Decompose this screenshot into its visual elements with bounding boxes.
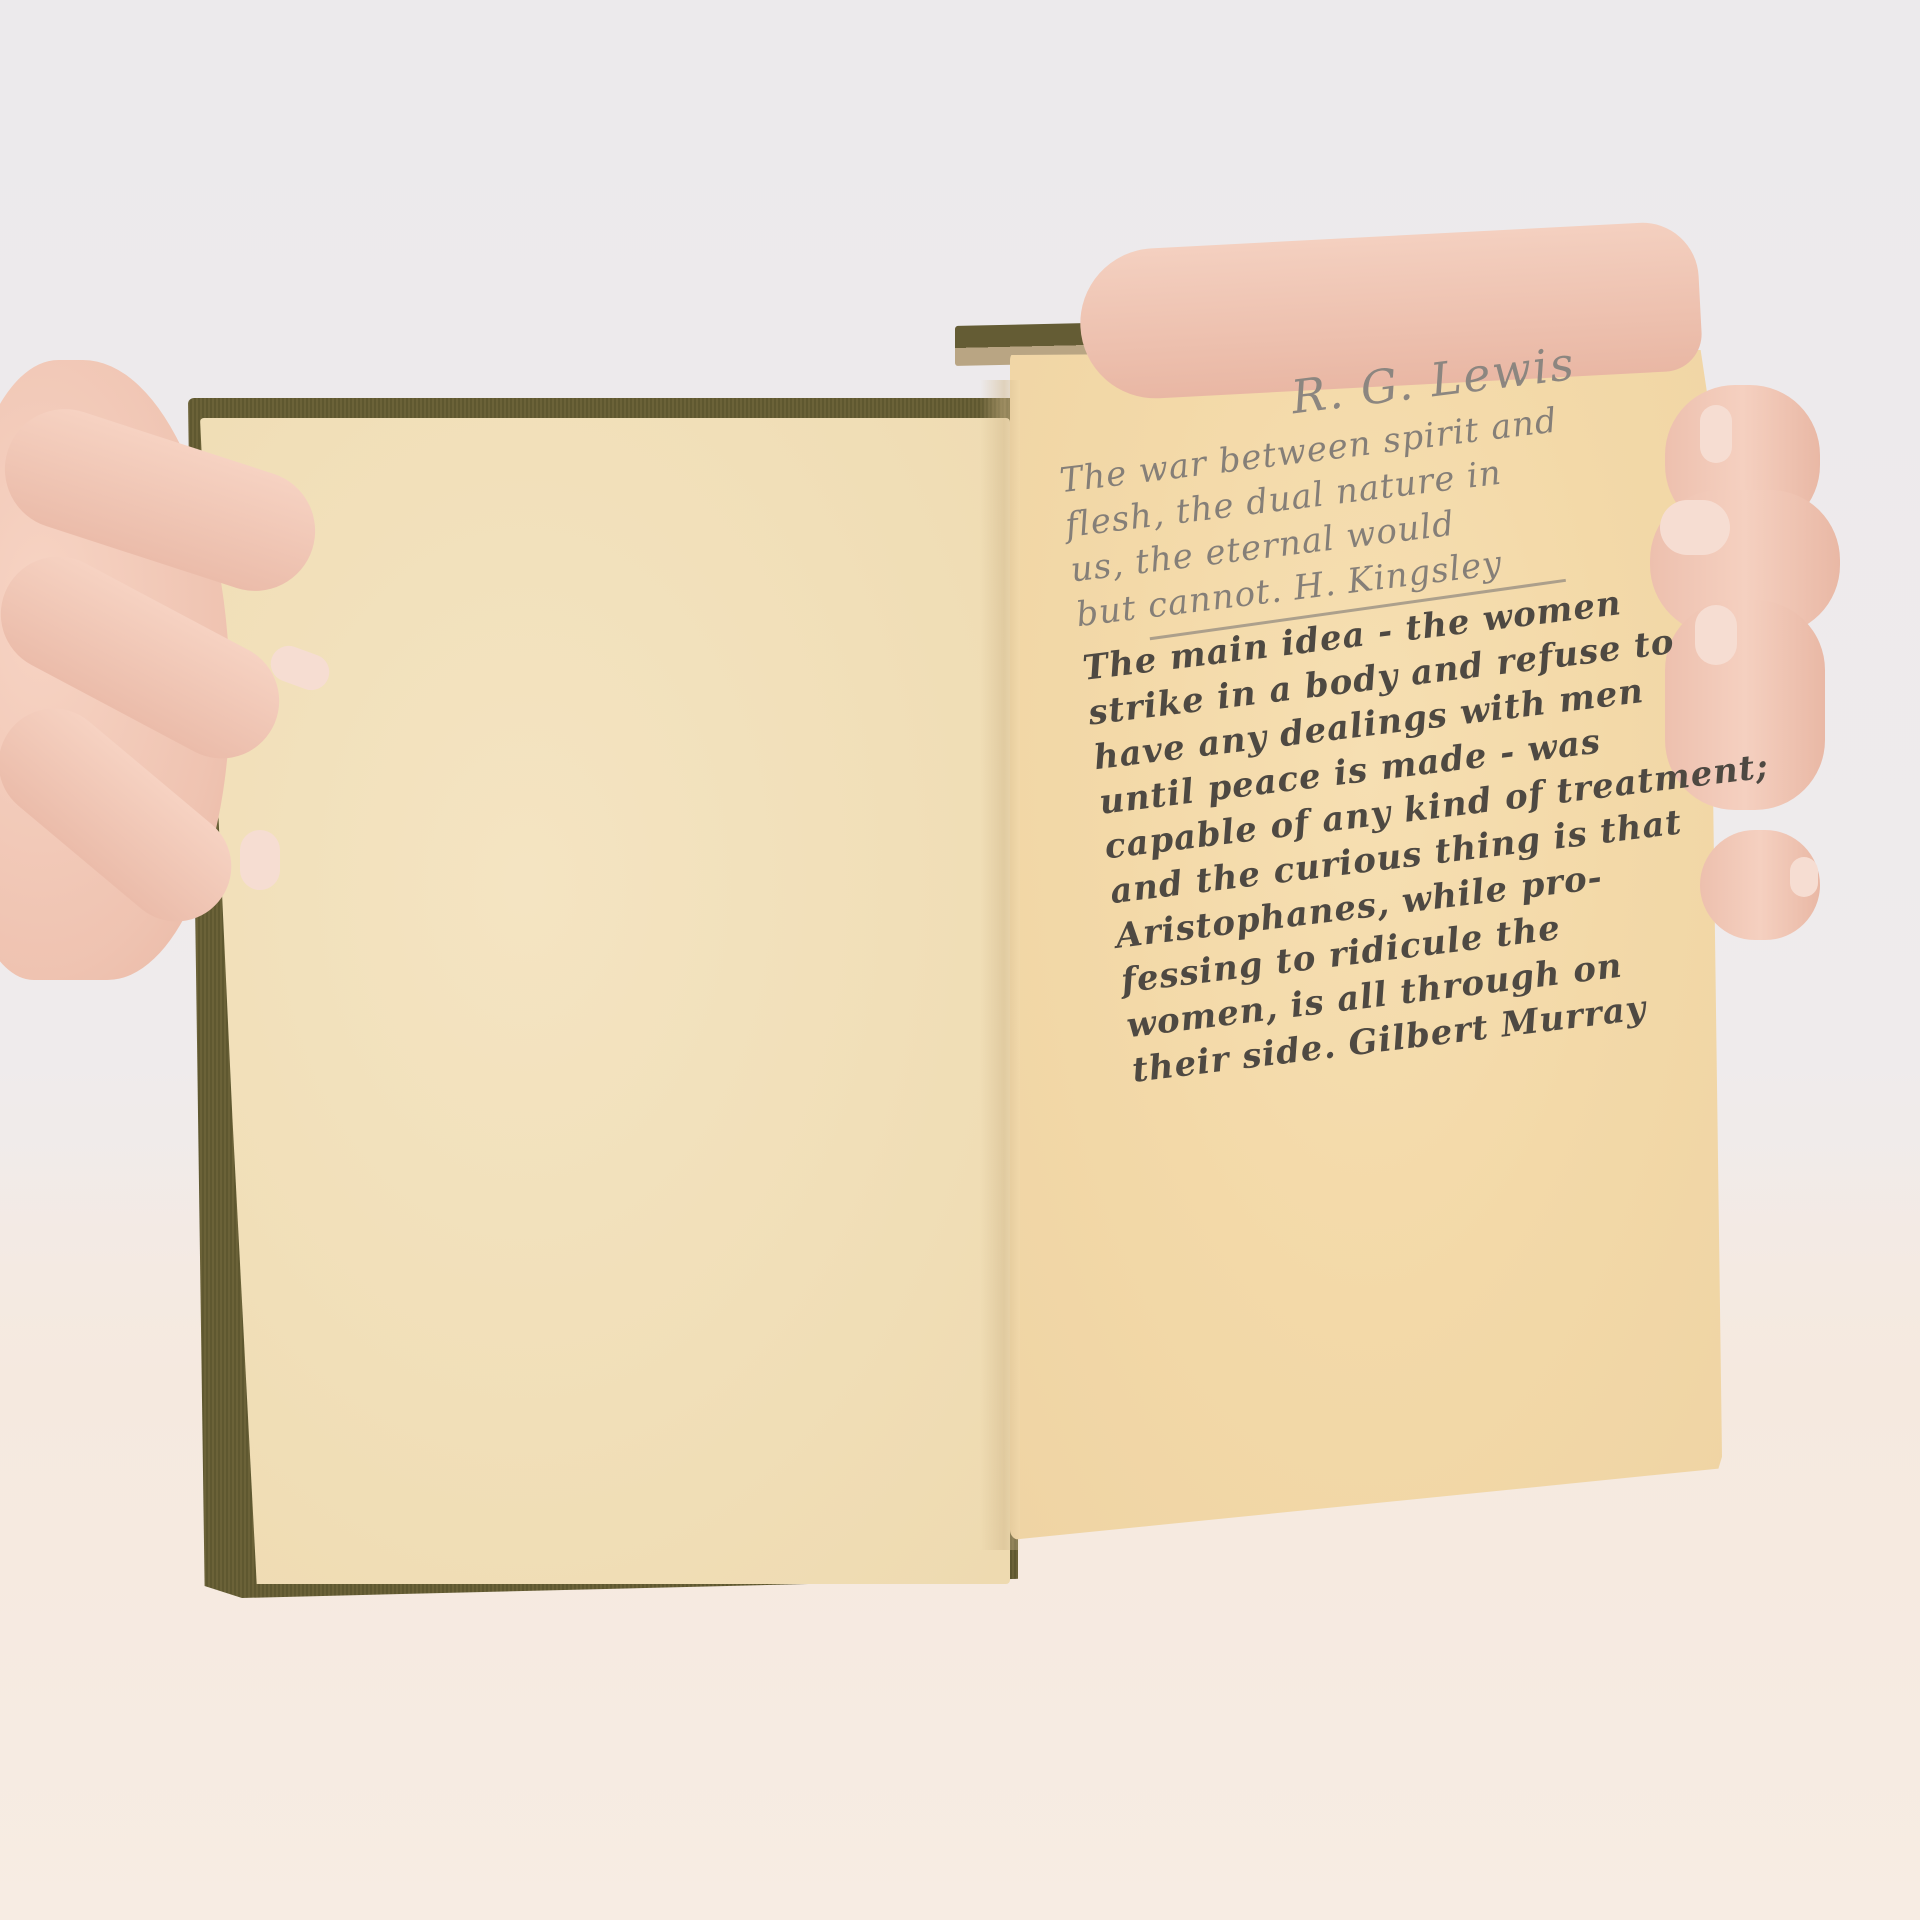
right-fingernail	[1790, 857, 1818, 897]
handwritten-inscription: R. G. Lewis The war between spirit and f…	[1050, 322, 1770, 1094]
left-fingernail	[240, 830, 280, 890]
left-pastedown-page	[200, 418, 1010, 1584]
book-gutter	[980, 380, 1020, 1550]
right-fingernail	[1700, 405, 1732, 463]
